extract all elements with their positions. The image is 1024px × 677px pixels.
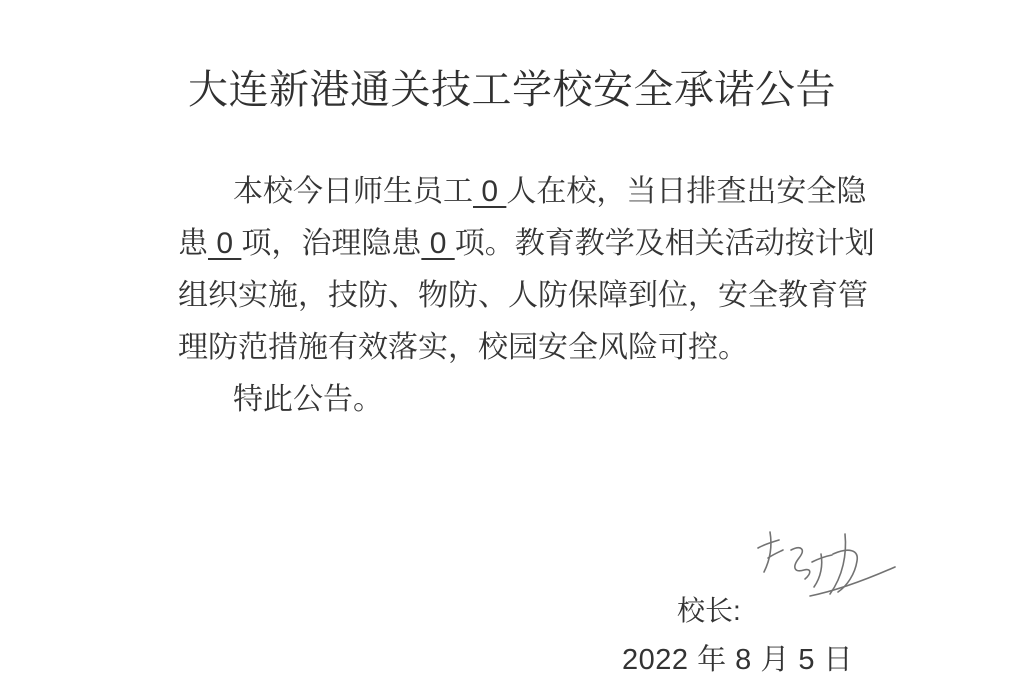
text-segment: 组织实施，技防、物防、人防保障到位，安全教育管	[178, 279, 868, 312]
date-line: 2022 年 8 月 5 日	[622, 637, 853, 677]
principal-label: 校长:	[677, 589, 741, 629]
announcement-line: 患 0 项，治理隐患 0 项。教育教学及相关活动按计划	[178, 218, 878, 270]
count-value-underlined: 0	[421, 227, 454, 260]
principal-signature-handwriting-icon	[748, 514, 900, 606]
announcement-line: 特此公告。	[178, 374, 878, 426]
text-segment: 理防范措施有效落实，校园安全风险可控。	[178, 331, 748, 364]
count-value-underlined: 0	[208, 227, 241, 260]
text-segment: 本校今日师生员工	[233, 175, 473, 208]
text-segment: 项，治理隐患	[241, 227, 421, 260]
page-title: 大连新港通关技工学校安全承诺公告	[0, 58, 1024, 115]
text-segment: 人在校，当日排查出安全隐	[506, 175, 866, 208]
announcement-line: 本校今日师生员工 0 人在校，当日排查出安全隐	[178, 166, 878, 218]
text-segment: 患	[178, 227, 208, 260]
announcement-line: 理防范措施有效落实，校园安全风险可控。	[178, 322, 878, 374]
announcement-page: 大连新港通关技工学校安全承诺公告 本校今日师生员工 0 人在校，当日排查出安全隐…	[0, 0, 1024, 677]
announcement-line: 组织实施，技防、物防、人防保障到位，安全教育管	[178, 270, 878, 322]
count-value-underlined: 0	[473, 175, 506, 208]
announcement-body: 本校今日师生员工 0 人在校，当日排查出安全隐患 0 项，治理隐患 0 项。教育…	[178, 166, 878, 426]
text-segment: 特此公告。	[233, 383, 383, 416]
text-segment: 项。教育教学及相关活动按计划	[455, 227, 875, 260]
